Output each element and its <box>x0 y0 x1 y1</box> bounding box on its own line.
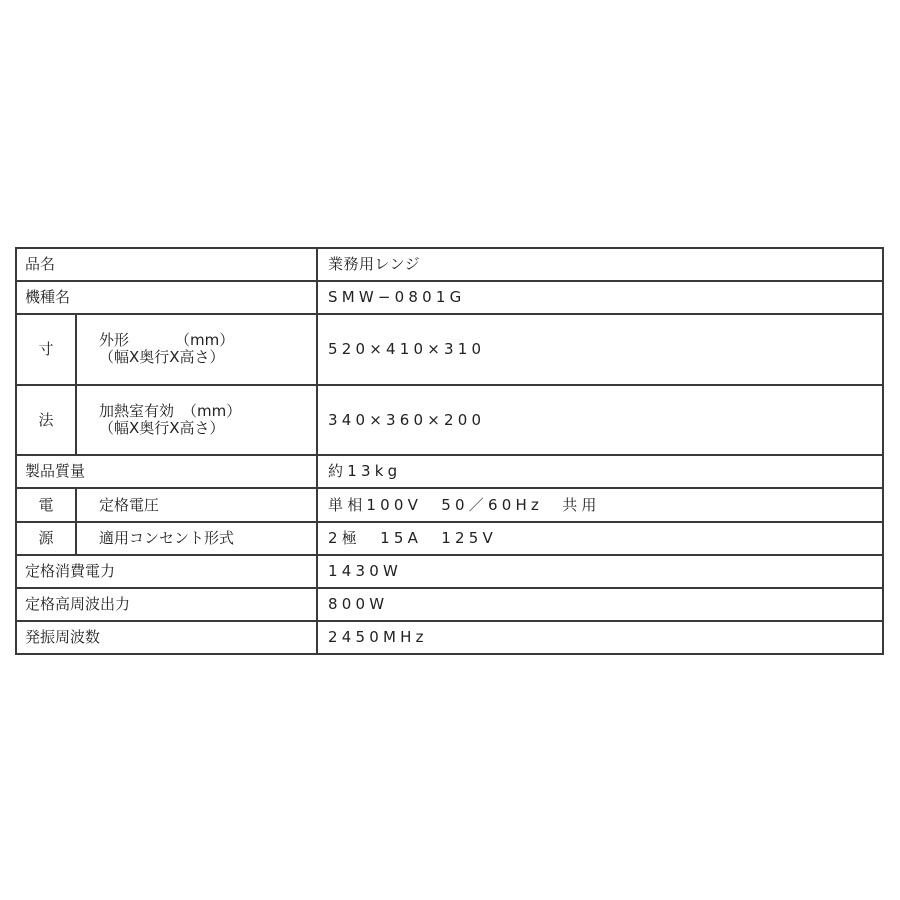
row-value: 業務用レンジ <box>317 248 883 281</box>
row-label: 定格電圧 <box>76 488 317 521</box>
table-row: 寸 外形（mm） （幅X奥行X高さ） 520×410×310 <box>16 314 883 385</box>
row-label: 発振周波数 <box>16 621 317 654</box>
row-value: 520×410×310 <box>317 314 883 385</box>
row-label: 外形（mm） （幅X奥行X高さ） <box>76 314 317 385</box>
group-label-dimensions-top: 寸 <box>16 314 76 385</box>
table-row: 発振周波数 2450MHz <box>16 621 883 654</box>
row-value: 800W <box>317 588 883 621</box>
row-value: 2極 15A 125V <box>317 522 883 555</box>
label-text: 外形 <box>99 331 129 349</box>
table-row: 源 適用コンセント形式 2極 15A 125V <box>16 522 883 555</box>
table-row: 製品質量 約13kg <box>16 455 883 488</box>
row-label: 品名 <box>16 248 317 281</box>
row-value: 約13kg <box>317 455 883 488</box>
group-label-power-bottom: 源 <box>16 522 76 555</box>
label-subtext: （幅X奥行X高さ） <box>99 419 225 437</box>
table-row: 定格高周波出力 800W <box>16 588 883 621</box>
group-label-dimensions-bottom: 法 <box>16 385 76 456</box>
unit-text: （mm） <box>182 403 241 420</box>
unit-text: （mm） <box>175 332 234 349</box>
row-value: 1430W <box>317 555 883 588</box>
row-label: 加熱室有効（mm） （幅X奥行X高さ） <box>76 385 317 456</box>
group-label-power-top: 電 <box>16 488 76 521</box>
row-label: 定格消費電力 <box>16 555 317 588</box>
label-subtext: （幅X奥行X高さ） <box>99 348 225 366</box>
label-text: 加熱室有効 <box>99 402 174 420</box>
row-value: 2450MHz <box>317 621 883 654</box>
table-row: 機種名 SMW−0801G <box>16 281 883 314</box>
spec-table: 品名 業務用レンジ 機種名 SMW−0801G 寸 外形（mm） （幅X奥行X高… <box>15 247 884 655</box>
row-value: 340×360×200 <box>317 385 883 456</box>
row-label: 定格高周波出力 <box>16 588 317 621</box>
table-row: 定格消費電力 1430W <box>16 555 883 588</box>
table-row: 法 加熱室有効（mm） （幅X奥行X高さ） 340×360×200 <box>16 385 883 456</box>
row-label: 適用コンセント形式 <box>76 522 317 555</box>
row-label: 機種名 <box>16 281 317 314</box>
table-row: 品名 業務用レンジ <box>16 248 883 281</box>
row-value: 単相100V 50／60Hz 共用 <box>317 488 883 521</box>
row-value: SMW−0801G <box>317 281 883 314</box>
table-row: 電 定格電圧 単相100V 50／60Hz 共用 <box>16 488 883 521</box>
row-label: 製品質量 <box>16 455 317 488</box>
